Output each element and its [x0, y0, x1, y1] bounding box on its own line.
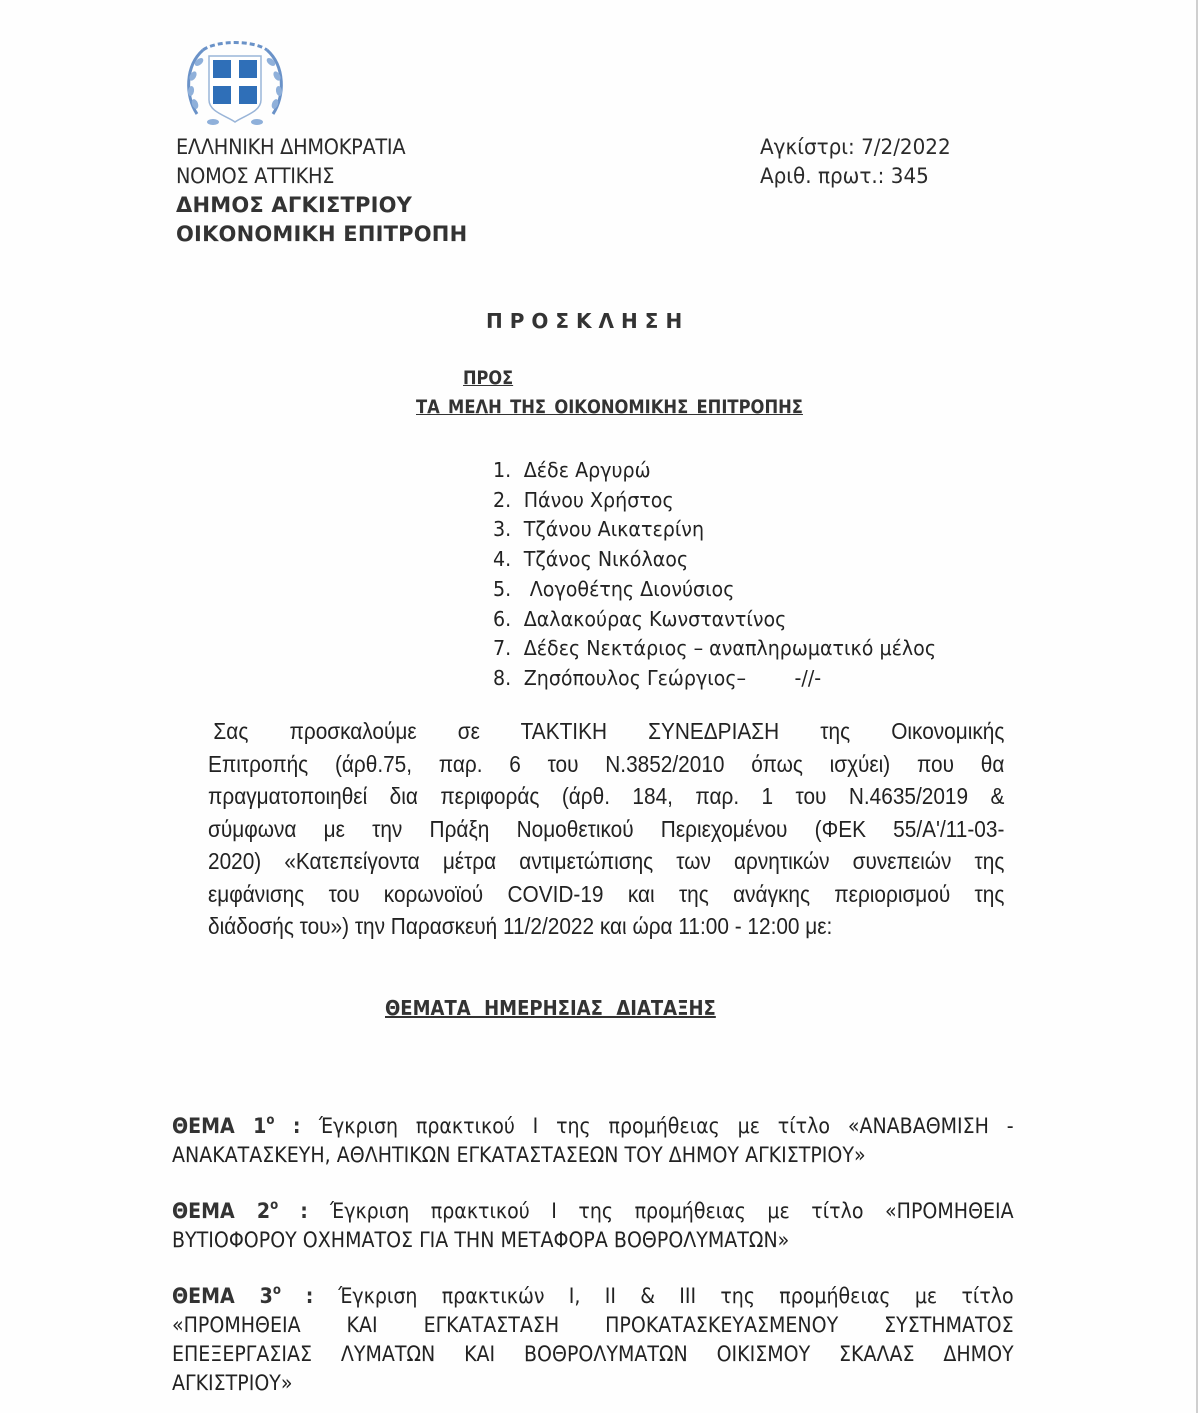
list-item: 1.Δέδε Αργυρώ [493, 456, 936, 486]
members-list: 1.Δέδε Αργυρώ 2.Πάνου Χρήστος 3.Τζάνου Α… [493, 456, 969, 694]
member-name: Δέδε Αργυρώ [524, 458, 651, 482]
topic-label: ΘΕΜΑ 1ο : [172, 1114, 319, 1138]
greek-coat-of-arms-icon [183, 36, 287, 130]
recipients-group: ΤΑ ΜΕΛΗ ΤΗΣ ΟΙΚΟΝΟΜΙΚΗΣ ΕΠΙΤΡΟΠΗΣ [416, 396, 803, 418]
header-line-country: ΕΛΛΗΝΙΚΗ ΔΗΜΟΚΡΑΤΙΑ [176, 133, 444, 162]
member-name: Πάνου Χρήστος [524, 488, 674, 512]
paragraph-line: διάδοσής του») την Παρασκευή 11/2/2022 κ… [208, 910, 1004, 943]
header-line-committee: ΟΙΚΟΝΟΜΙΚΗ ΕΠΙΤΡΟΠΗ [176, 220, 467, 249]
recipients-label: ΠΡΟΣ [463, 367, 513, 389]
list-item: 8.Ζησόπουλος Γεώργιος– -//- [493, 664, 936, 694]
protocol-number: Αριθ. πρωτ.: 345 [760, 162, 951, 191]
member-name: Λογοθέτης Διονύσιος [524, 577, 735, 601]
topic-text: ΑΓΚΙΣΤΡΙΟΥ» [172, 1369, 1014, 1398]
list-item: 2.Πάνου Χρήστος [493, 486, 936, 516]
topic-label: ΘΕΜΑ 2ο : [172, 1199, 330, 1223]
document-meta: Αγκίστρι: 7/2/2022 Αριθ. πρωτ.: 345 [760, 133, 961, 191]
member-name: Δαλακούρας Κωνσταντίνος [524, 607, 787, 631]
invitation-paragraph: Σας προσκαλούμε σε ΤΑΚΤΙΚΗ ΣΥΝΕΔΡΙΑΣΗ τη… [208, 715, 1004, 943]
list-item: 5. Λογοθέτης Διονύσιος [493, 575, 936, 605]
agenda-topic-3: ΘΕΜΑ 3ο : Έγκριση πρακτικών I, II & III … [172, 1282, 1014, 1398]
list-item: 7.Δέδες Νεκτάριος – αναπληρωματικό μέλος [493, 634, 936, 664]
place-date: Αγκίστρι: 7/2/2022 [760, 133, 951, 162]
agenda-topic-1: ΘΕΜΑ 1ο : Έγκριση πρακτικού I της προμήθ… [172, 1112, 1014, 1170]
topic-text: «ΠΡΟΜΗΘΕΙΑ ΚΑΙ ΕΓΚΑΤΑΣΤΑΣΗ ΠΡΟΚΑΤΑΣΚΕΥΑΣ… [172, 1311, 1014, 1340]
paragraph-line: 2020) «Κατεπείγοντα μέτρα αντιμετώπισης … [208, 845, 1004, 878]
topic-text: Έγκριση πρακτικού I της προμήθειας με τί… [319, 1114, 1014, 1138]
list-item: 3.Τζάνου Αικατερίνη [493, 515, 936, 545]
topic-text: ΑΝΑΚΑΤΑΣΚΕΥΗ, ΑΘΛΗΤΙΚΩΝ ΕΓΚΑΤΑΣΤΑΣΕΩΝ ΤΟ… [172, 1141, 1014, 1170]
paragraph-line: εμφάνισης του κορωνοϊού COVID-19 και της… [208, 878, 1004, 911]
agenda-topic-2: ΘΕΜΑ 2ο : Έγκριση πρακτικού I της προμήθ… [172, 1197, 1014, 1255]
paragraph-line: Σας προσκαλούμε σε ΤΑΚΤΙΚΗ ΣΥΝΕΔΡΙΑΣΗ τη… [208, 715, 1004, 748]
topic-text: Έγκριση πρακτικών I, II & III της προμήθ… [338, 1284, 1013, 1308]
list-item: 4.Τζάνος Νικόλαος [493, 545, 936, 575]
document-page: ΕΛΛΗΝΙΚΗ ΔΗΜΟΚΡΑΤΙΑ ΝΟΜΟΣ ΑΤΤΙΚΗΣ ΔΗΜΟΣ … [0, 0, 1198, 1413]
member-name: Δέδες Νεκτάριος – αναπληρωματικό μέλος [524, 636, 936, 660]
paragraph-line: Επιτροπής (άρθ.75, παρ. 6 του Ν.3852/201… [208, 748, 1004, 781]
topic-text: ΒΥΤΙΟΦΟΡΟΥ ΟΧΗΜΑΤΟΣ ΓΙΑ ΤΗΝ ΜΕΤΑΦΟΡΑ ΒΟΘ… [172, 1226, 1014, 1255]
topic-label: ΘΕΜΑ 3ο : [172, 1284, 338, 1308]
topic-text: ΕΠΕΞΕΡΓΑΣΙΑΣ ΛΥΜΑΤΩΝ ΚΑΙ ΒΟΘΡΟΛΥΜΑΤΩΝ ΟΙ… [172, 1340, 1014, 1369]
agenda-heading: ΘΕΜΑΤΑ ΗΜΕΡΗΣΙΑΣ ΔΙΑΤΑΞΗΣ [385, 996, 716, 1020]
paragraph-line: πραγματοποιηθεί δια περιφοράς (άρθ. 184,… [208, 780, 1004, 813]
paragraph-line: σύμφωνα με την Πράξη Νομοθετικού Περιεχο… [208, 813, 1004, 846]
list-item: 6.Δαλακούρας Κωνσταντίνος [493, 605, 936, 635]
topic-text: Έγκριση πρακτικού I της προμήθειας με τί… [330, 1199, 1014, 1223]
header-line-municipality: ΔΗΜΟΣ ΑΓΚΙΣΤΡΙΟΥ [176, 191, 467, 220]
document-title: ΠΡΟΣΚΛΗΣΗ [486, 309, 689, 333]
header-line-prefecture: ΝΟΜΟΣ ΑΤΤΙΚΗΣ [176, 162, 444, 191]
member-name: Ζησόπουλος Γεώργιος– -//- [524, 666, 821, 690]
member-name: Τζάνος Νικόλαος [524, 547, 688, 571]
member-name: Τζάνου Αικατερίνη [524, 517, 704, 541]
issuer-header: ΕΛΛΗΝΙΚΗ ΔΗΜΟΚΡΑΤΙΑ ΝΟΜΟΣ ΑΤΤΙΚΗΣ ΔΗΜΟΣ … [176, 133, 467, 249]
